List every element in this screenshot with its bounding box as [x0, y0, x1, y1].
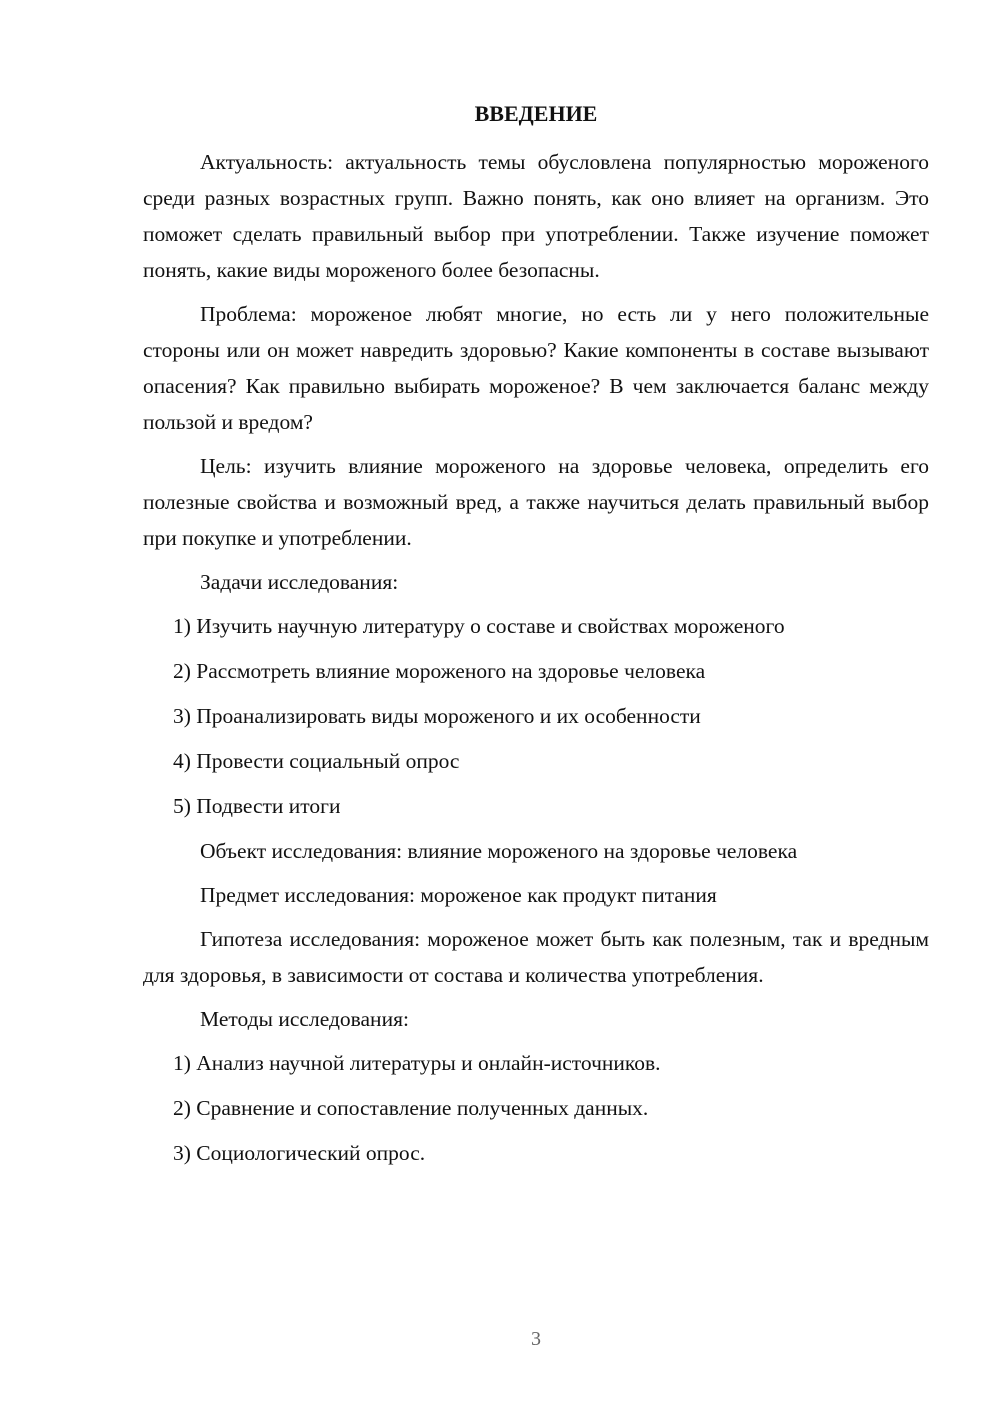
task-item-1: 1) Изучить научную литературу о составе …: [173, 608, 929, 644]
paragraph-hypothesis: Гипотеза исследования: мороженое может б…: [143, 921, 929, 993]
task-item-2: 2) Рассмотреть влияние мороженого на здо…: [173, 653, 929, 689]
tasks-list: 1) Изучить научную литературу о составе …: [143, 608, 929, 824]
method-item-1: 1) Анализ научной литературы и онлайн-ис…: [173, 1045, 929, 1081]
paragraph-goal: Цель: изучить влияние мороженого на здор…: [143, 448, 929, 556]
document-content: ВВЕДЕНИЕ Актуальность: актуальность темы…: [143, 96, 929, 1180]
paragraph-subject: Предмет исследования: мороженое как прод…: [143, 877, 929, 913]
methods-heading: Методы исследования:: [143, 1001, 929, 1037]
method-item-2: 2) Сравнение и сопоставление полученных …: [173, 1090, 929, 1126]
paragraph-actuality: Актуальность: актуальность темы обусловл…: [143, 144, 929, 288]
task-item-3: 3) Проанализировать виды мороженого и их…: [173, 698, 929, 734]
tasks-heading: Задачи исследования:: [143, 564, 929, 600]
task-item-4: 4) Провести социальный опрос: [173, 743, 929, 779]
paragraph-object: Объект исследования: влияние мороженого …: [143, 833, 929, 869]
methods-list: 1) Анализ научной литературы и онлайн-ис…: [143, 1045, 929, 1171]
document-page: ВВЕДЕНИЕ Актуальность: актуальность темы…: [0, 0, 1000, 1414]
task-item-5: 5) Подвести итоги: [173, 788, 929, 824]
method-item-3: 3) Социологический опрос.: [173, 1135, 929, 1171]
page-number: 3: [143, 1324, 929, 1354]
paragraph-problem: Проблема: мороженое любят многие, но ест…: [143, 296, 929, 440]
page-title: ВВЕДЕНИЕ: [143, 96, 929, 132]
